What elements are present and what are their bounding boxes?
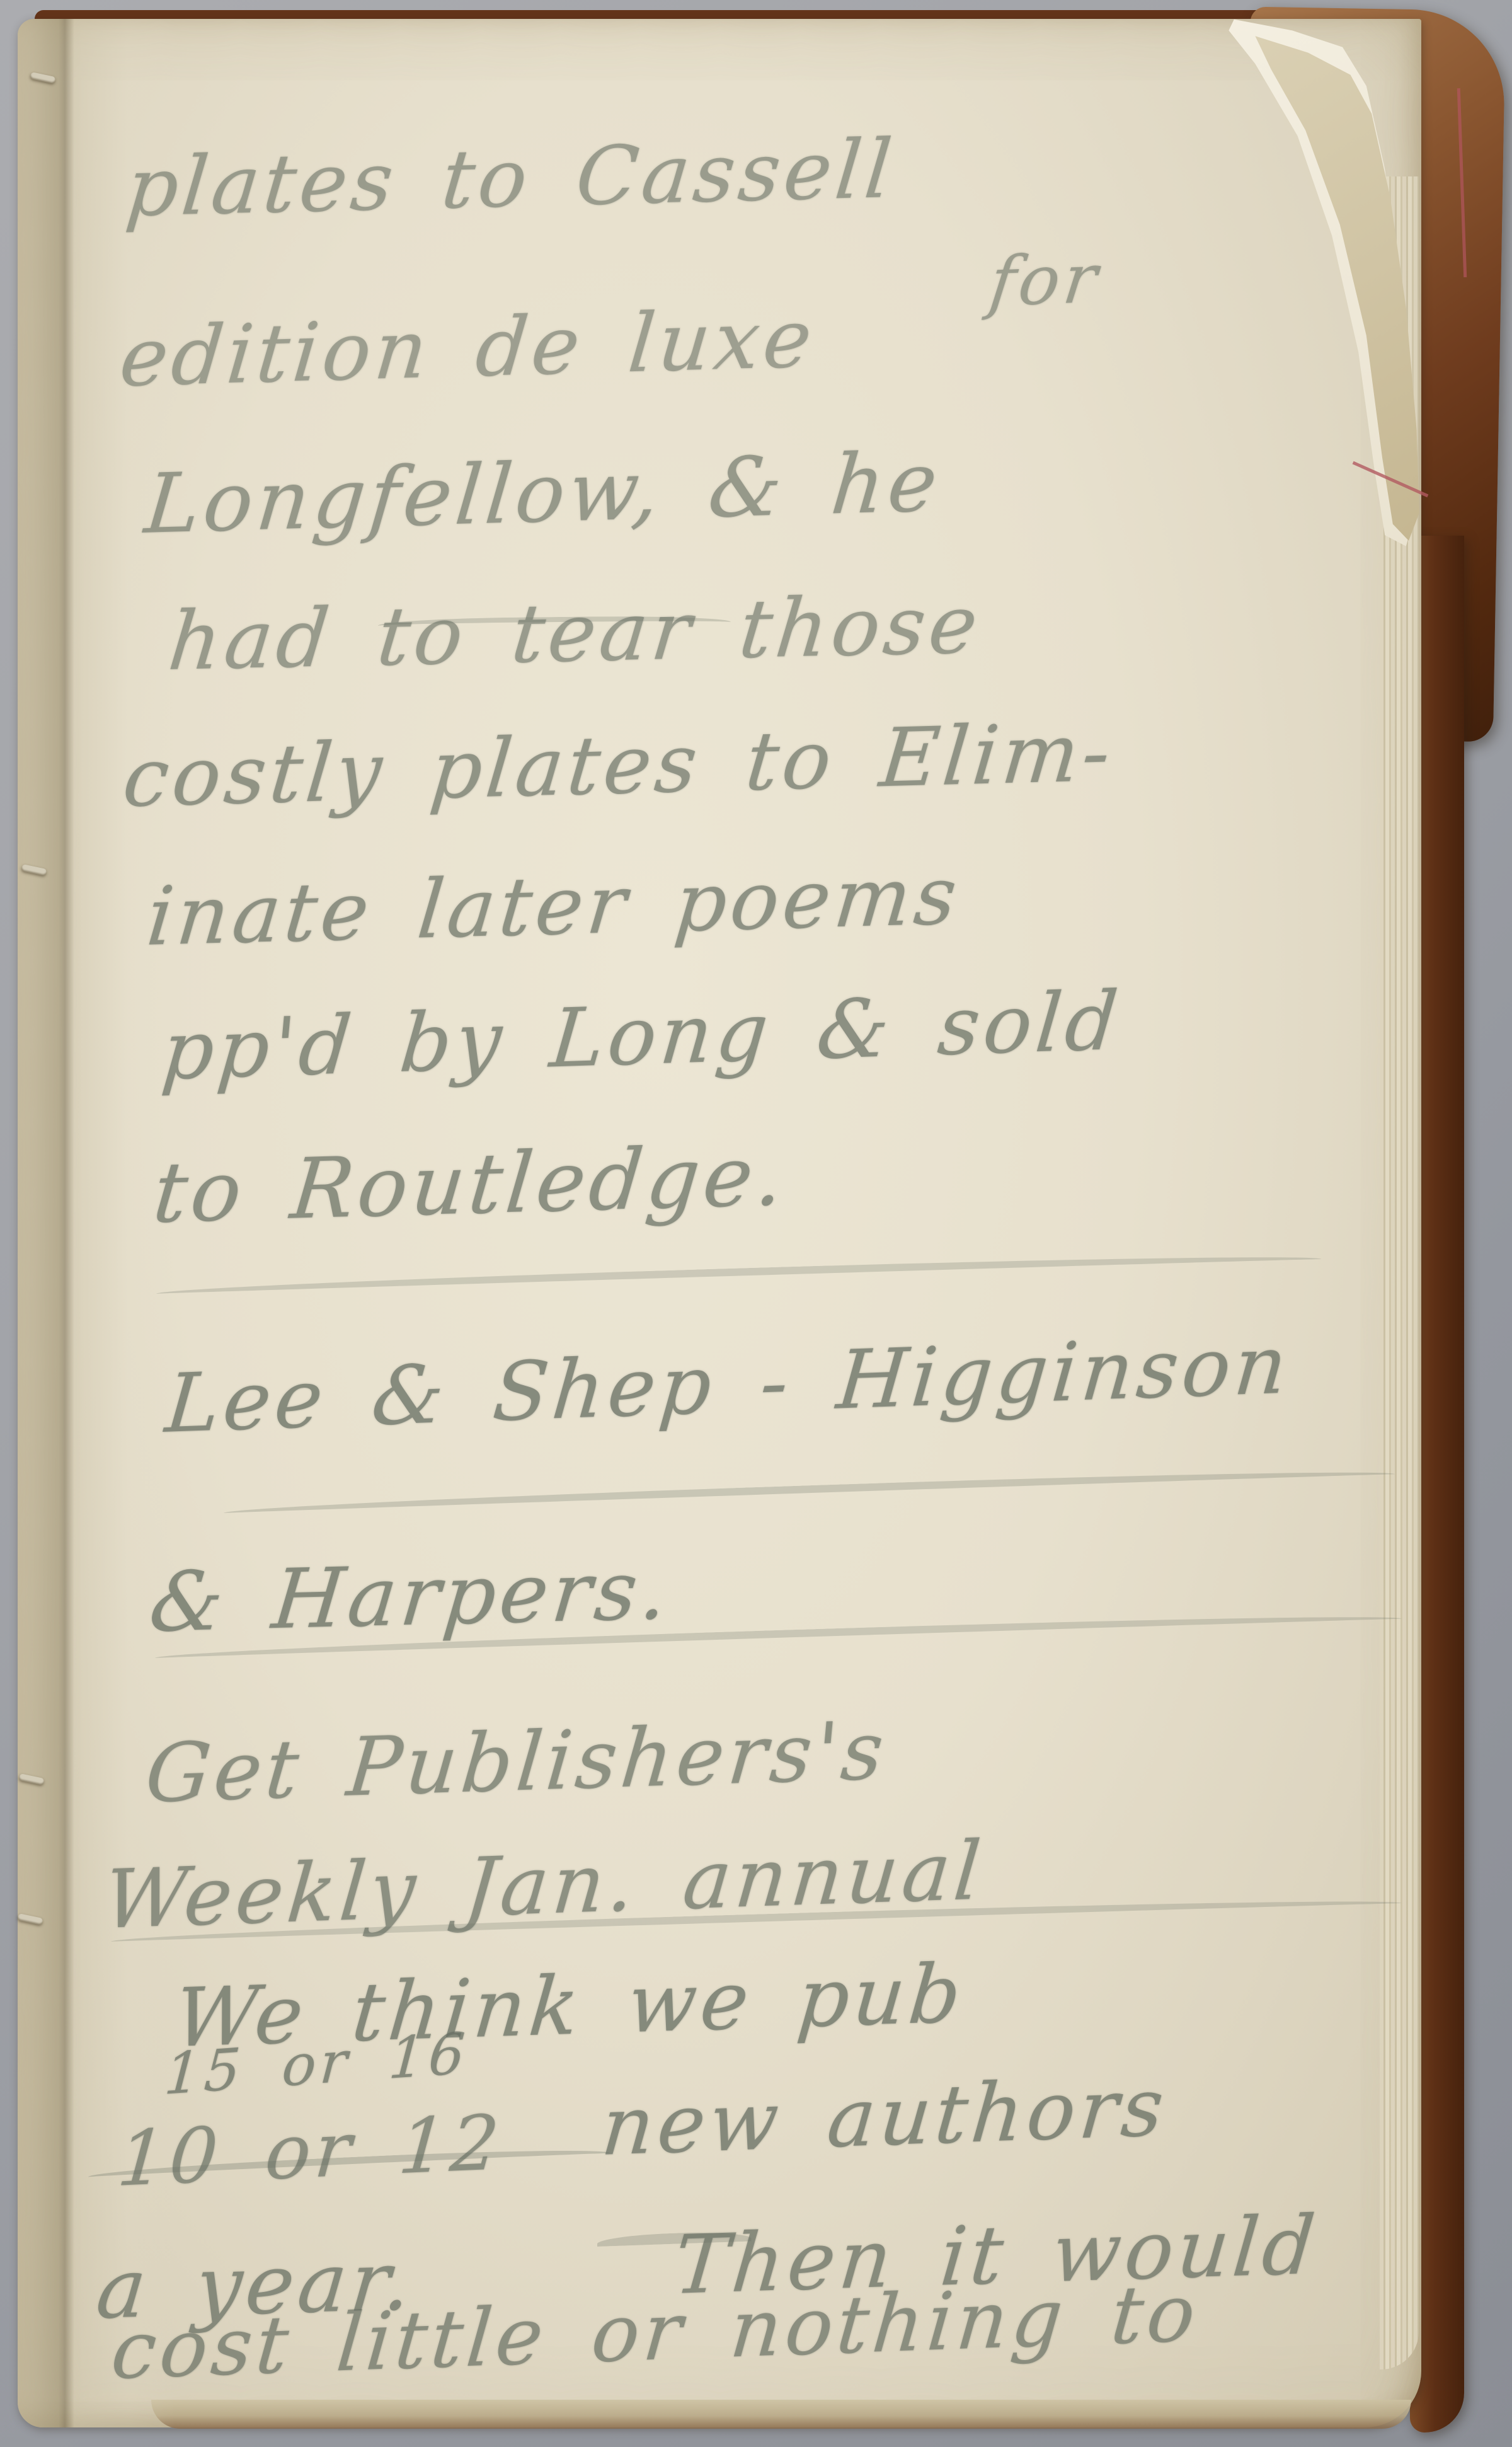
handwriting-line: plates to Cassell	[123, 129, 898, 229]
handwriting-line: costly plates to Elim-	[120, 712, 1118, 819]
notebook-photo: plates to Cassell for edition de luxe Lo…	[0, 0, 1512, 2447]
handwriting-line: to Routledge.	[150, 1134, 791, 1235]
handwriting-line: Longfellow, & he	[142, 440, 944, 545]
handwriting-line: inate later poems	[144, 856, 964, 958]
handwriting-line: & Harpers.	[146, 1548, 675, 1644]
handwriting-line: had to tear those	[165, 585, 985, 682]
handwriting-line: edition de luxe	[117, 299, 819, 399]
handwriting-line: new authors	[598, 2067, 1171, 2168]
handwriting-line: for	[986, 245, 1104, 317]
handwriting-line: Get Publishers's	[142, 1711, 890, 1815]
page-bottom-edge	[151, 2400, 1411, 2429]
handwriting-deleted-text: 10 or 12	[115, 2105, 505, 2198]
